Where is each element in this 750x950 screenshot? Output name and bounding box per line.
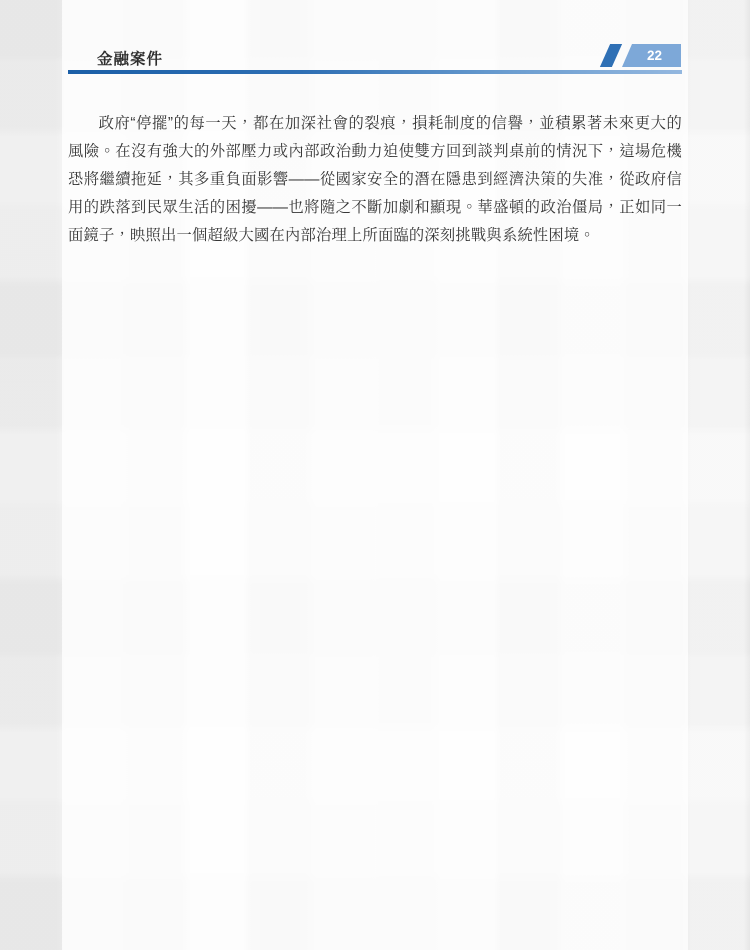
page-content: 政府“停擺”的每一天，都在加深社會的裂痕，損耗制度的信譽，並積累著未來更大的風險… [68,110,682,250]
body-paragraph: 政府“停擺”的每一天，都在加深社會的裂痕，損耗制度的信譽，並積累著未來更大的風險… [68,110,682,250]
page-number: 22 [622,44,681,67]
page-header: 金融案件 22 [68,44,682,68]
header-divider-rule [68,70,682,75]
document-page: 金融案件 22 政府“停擺”的每一天，都在加深社會的裂痕，損耗制度的信譽，並積累… [62,0,688,950]
page-number-badge: 22 [605,44,681,67]
document-canvas: 金融案件 22 政府“停擺”的每一天，都在加深社會的裂痕，損耗制度的信譽，並積累… [0,0,750,950]
page-inner: 金融案件 22 政府“停擺”的每一天，都在加深社會的裂痕，損耗制度的信譽，並積累… [62,44,688,250]
badge-slash-decoration [600,44,622,67]
section-title: 金融案件 [97,47,163,69]
